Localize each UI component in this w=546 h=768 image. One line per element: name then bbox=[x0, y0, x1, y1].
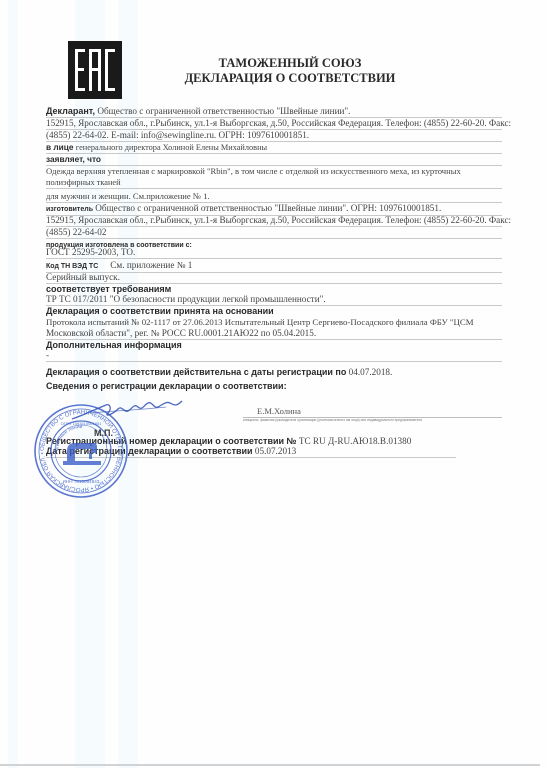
seal-place-mark: М.П. bbox=[94, 428, 113, 438]
basis-line2-row: Московской области", рег. № РОСС RU.0001… bbox=[46, 328, 502, 340]
declarant-row: Декларант, Общество с ограниченной ответ… bbox=[46, 106, 502, 118]
seal-inn: ИНН 7610084843 bbox=[63, 479, 100, 484]
additional-info-label: Дополнительная информация bbox=[46, 340, 182, 350]
basis-label: Декларация о соответствии принята на осн… bbox=[46, 306, 274, 316]
manufacturer-name: Общество с ограниченной ответственностью… bbox=[95, 203, 441, 213]
declarant-address-line1: 152915, Ярославская обл., г.Рыбинск, ул.… bbox=[46, 118, 511, 128]
registration-date-value: 05.07.2013 bbox=[255, 446, 296, 456]
production-type: Серийный выпуск. bbox=[46, 272, 120, 282]
basis-line1-row: Протокола испытаний № 02-1117 от 27.06.2… bbox=[46, 317, 502, 328]
manufacturer-contacts-row: (4855) 22-64-02 bbox=[46, 227, 502, 239]
signature-icon bbox=[70, 395, 190, 425]
validity-row: Декларация о соответствии действительна … bbox=[46, 367, 502, 378]
declarant-address-line2: (4855) 22-64-02. E-mail: info@sewingline… bbox=[46, 130, 309, 140]
validity-value: 04.07.2018. bbox=[349, 367, 393, 377]
in-person-row: в лице генерального директора Холиной Ел… bbox=[46, 142, 502, 154]
eac-mark-icon bbox=[68, 41, 122, 99]
registration-info-label: Сведения о регистрации декларации о соот… bbox=[46, 381, 287, 391]
declares-row: заявляет, что bbox=[46, 154, 502, 166]
declares-label: заявляет, что bbox=[46, 154, 101, 164]
manufacturer-address-line2: (4855) 22-64-02 bbox=[46, 227, 106, 237]
product-row-2: полиэфирных тканей bbox=[46, 177, 502, 189]
validity-label: Декларация о соответствии действительна … bbox=[46, 367, 346, 377]
declarant-address-row: 152915, Ярославская обл., г.Рыбинск, ул.… bbox=[46, 118, 502, 130]
scan-artifact bbox=[8, 0, 18, 768]
product-line3: для мужчин и женщин. См.приложение № 1. bbox=[46, 191, 210, 201]
registration-info-row: Сведения о регистрации декларации о соот… bbox=[46, 381, 502, 392]
manufacturer-label: изготовитель bbox=[46, 206, 93, 213]
declarant-name: Общество с ограниченной ответственностью… bbox=[97, 106, 350, 116]
standard-value-row: ГОСТ 25295-2003, ТО. bbox=[46, 247, 502, 259]
product-row-3: для мужчин и женщин. См.приложение № 1. bbox=[46, 191, 502, 203]
requirements-value-row: ТР ТС 017/2011 "О безопасности продукции… bbox=[46, 294, 502, 306]
manufacturer-address-row: 152915, Ярославская обл., г.Рыбинск, ул.… bbox=[46, 215, 502, 227]
tn-ved-value: См. приложение № 1 bbox=[110, 260, 192, 270]
requirements-label: соответствует требованиям bbox=[46, 284, 171, 294]
product-row: Одежда верхняя утепленная с маркировкой … bbox=[46, 166, 502, 177]
declaration-page: ТАМОЖЕННЫЙ СОЮЗ ДЕКЛАРАЦИЯ О СООТВЕТСТВИ… bbox=[0, 0, 546, 768]
product-line1: Одежда верхняя утепленная с маркировкой … bbox=[46, 166, 461, 176]
manufacturer-address-line1: 152915, Ярославская обл., г.Рыбинск, ул.… bbox=[46, 215, 511, 225]
additional-info-value-row: - bbox=[46, 350, 502, 362]
basis-line2: Московской области", рег. № РОСС RU.0001… bbox=[46, 328, 316, 338]
document-title: ТАМОЖЕННЫЙ СОЮЗ ДЕКЛАРАЦИЯ О СООТВЕТСТВИ… bbox=[140, 56, 440, 86]
title-customs-union: ТАМОЖЕННЫЙ СОЮЗ bbox=[140, 56, 440, 71]
in-person-label: в лице bbox=[46, 142, 74, 152]
signature-caption: инициалы, фамилия руководителя организац… bbox=[243, 418, 502, 422]
tn-ved-label: Код ТН ВЭД ТС bbox=[46, 261, 108, 272]
page-border bbox=[0, 764, 540, 766]
basis-line1: Протокола испытаний № 02-1117 от 27.06.2… bbox=[46, 317, 474, 327]
additional-info-value: - bbox=[46, 350, 49, 360]
declarant-contacts-row: (4855) 22-64-02. E-mail: info@sewingline… bbox=[46, 130, 502, 142]
title-declaration: ДЕКЛАРАЦИЯ О СООТВЕТСТВИИ bbox=[140, 71, 440, 86]
in-person-value: генерального директора Холиной Елены Мих… bbox=[76, 143, 267, 152]
declarant-label: Декларант, bbox=[46, 106, 95, 116]
standard-value: ГОСТ 25295-2003, ТО. bbox=[46, 247, 135, 257]
production-type-row: Серийный выпуск. bbox=[46, 272, 502, 284]
registration-number-value: ТС RU Д-RU.АЮ18.В.01380 bbox=[299, 436, 411, 446]
product-line2: полиэфирных тканей bbox=[46, 178, 121, 187]
basis-label-row: Декларация о соответствии принята на осн… bbox=[46, 306, 502, 317]
requirements-value: ТР ТС 017/2011 "О безопасности продукции… bbox=[46, 294, 326, 304]
signatory-name: Е.М.Холина bbox=[257, 406, 301, 416]
